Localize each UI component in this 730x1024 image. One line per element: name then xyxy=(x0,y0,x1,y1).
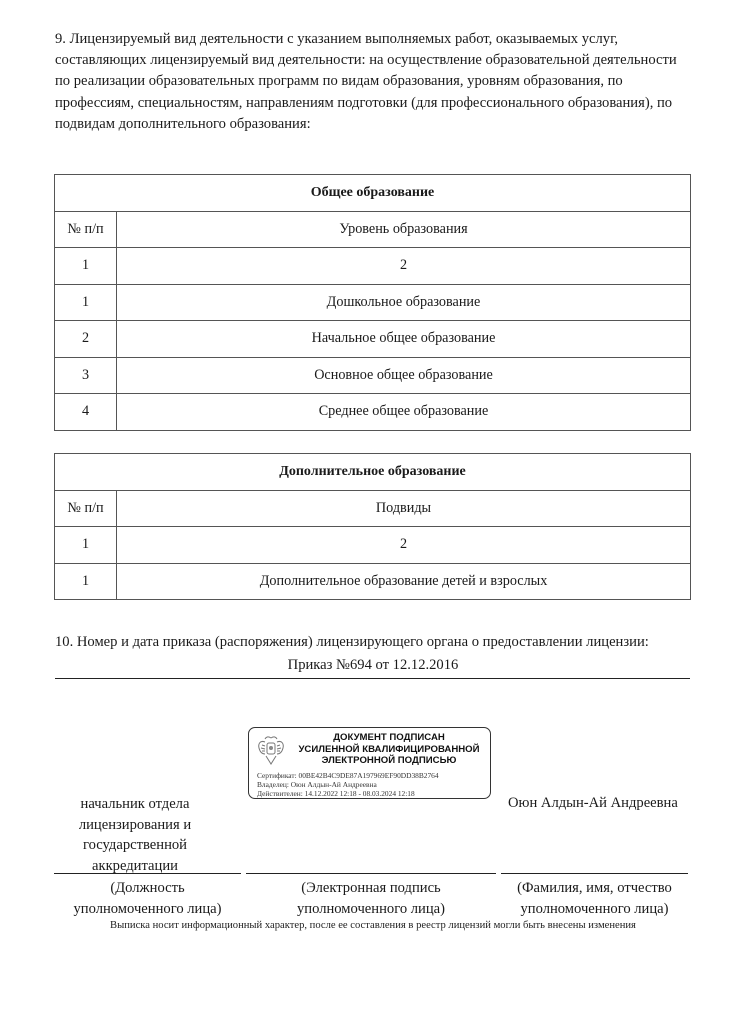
column-number-row: 1 2 xyxy=(55,527,691,564)
general-education-table: Общее образование № п/п Уровень образова… xyxy=(54,174,691,431)
row-number: 4 xyxy=(55,394,117,431)
position-line: начальник отдела xyxy=(60,794,210,815)
row-number: 1 xyxy=(55,563,117,600)
table-header-row: № п/п Подвиды xyxy=(55,490,691,527)
column-number-row: 1 2 xyxy=(55,248,691,285)
row-number: 3 xyxy=(55,357,117,394)
row-value: Основное общее образование xyxy=(117,357,691,394)
row-number: 1 xyxy=(55,284,117,321)
column-header: Уровень образования xyxy=(117,211,691,248)
section-10-text: 10. Номер и дата приказа (распоряжения) … xyxy=(55,634,649,651)
caption-line: уполномоченного лица) xyxy=(246,899,496,920)
table-row: 2 Начальное общее образование xyxy=(55,321,691,358)
position-caption: (Должность уполномоченного лица) xyxy=(54,878,241,920)
stamp-title: ДОКУМЕНТ ПОДПИСАН УСИЛЕННОЙ КВАЛИФИЦИРОВ… xyxy=(289,732,489,767)
disclaimer-footnote: Выписка носит информационный характер, п… xyxy=(55,920,691,931)
signature-caption: (Электронная подпись уполномоченного лиц… xyxy=(246,878,496,920)
name-caption: (Фамилия, имя, отчество уполномоченного … xyxy=(501,878,688,920)
stamp-title-line: ЭЛЕКТРОННОЙ ПОДПИСЬЮ xyxy=(289,755,489,767)
coat-of-arms-icon xyxy=(256,734,286,768)
caption-line: (Электронная подпись xyxy=(246,878,496,899)
table-row: 1 Дополнительное образование детей и взр… xyxy=(55,563,691,600)
column-number: 2 xyxy=(117,527,691,564)
table-title: Общее образование xyxy=(55,175,691,212)
position-line: государственной xyxy=(60,835,210,856)
electronic-signature-line xyxy=(246,873,496,874)
column-number: 1 xyxy=(55,248,117,285)
stamp-title-line: ДОКУМЕНТ ПОДПИСАН xyxy=(289,732,489,744)
certificate-number: Сертификат: 00BE42B4C9DE87A197969EF90DD3… xyxy=(257,771,439,780)
position-signature-line xyxy=(54,873,241,874)
table-row: 3 Основное общее образование xyxy=(55,357,691,394)
certificate-owner: Владелец: Оюн Алдын-Ай Андреевна xyxy=(257,780,439,789)
column-header: № п/п xyxy=(55,490,117,527)
row-value: Дошкольное образование xyxy=(117,284,691,321)
row-value: Среднее общее образование xyxy=(117,394,691,431)
caption-line: уполномоченного лица) xyxy=(501,899,688,920)
stamp-details: Сертификат: 00BE42B4C9DE87A197969EF90DD3… xyxy=(257,771,439,798)
row-value: Начальное общее образование xyxy=(117,321,691,358)
name-signature-line xyxy=(501,873,688,874)
table-row: 1 Дошкольное образование xyxy=(55,284,691,321)
row-number: 2 xyxy=(55,321,117,358)
order-number: Приказ №694 от 12.12.2016 xyxy=(55,657,691,674)
row-value: Дополнительное образование детей и взрос… xyxy=(117,563,691,600)
column-number: 2 xyxy=(117,248,691,285)
order-underline xyxy=(55,678,690,679)
signatory-position: начальник отдела лицензирования и госуда… xyxy=(60,794,210,876)
certificate-validity: Действителен: 14.12.2022 12:18 - 08.03.2… xyxy=(257,789,439,798)
column-number: 1 xyxy=(55,527,117,564)
additional-education-table: Дополнительное образование № п/п Подвиды… xyxy=(54,453,691,600)
stamp-title-line: УСИЛЕННОЙ КВАЛИФИЦИРОВАННОЙ xyxy=(289,744,489,756)
table-title: Дополнительное образование xyxy=(55,454,691,491)
electronic-signature-stamp: ДОКУМЕНТ ПОДПИСАН УСИЛЕННОЙ КВАЛИФИЦИРОВ… xyxy=(248,727,491,799)
table-header-row: № п/п Уровень образования xyxy=(55,211,691,248)
section-9-text: 9. Лицензируемый вид деятельности с указ… xyxy=(55,29,695,135)
caption-line: (Фамилия, имя, отчество xyxy=(501,878,688,899)
caption-line: (Должность xyxy=(54,878,241,899)
position-line: лицензирования и xyxy=(60,815,210,836)
signatory-name: Оюн Алдын-Ай Андреевна xyxy=(508,795,678,812)
caption-line: уполномоченного лица) xyxy=(54,899,241,920)
column-header: Подвиды xyxy=(117,490,691,527)
table-row: 4 Среднее общее образование xyxy=(55,394,691,431)
column-header: № п/п xyxy=(55,211,117,248)
